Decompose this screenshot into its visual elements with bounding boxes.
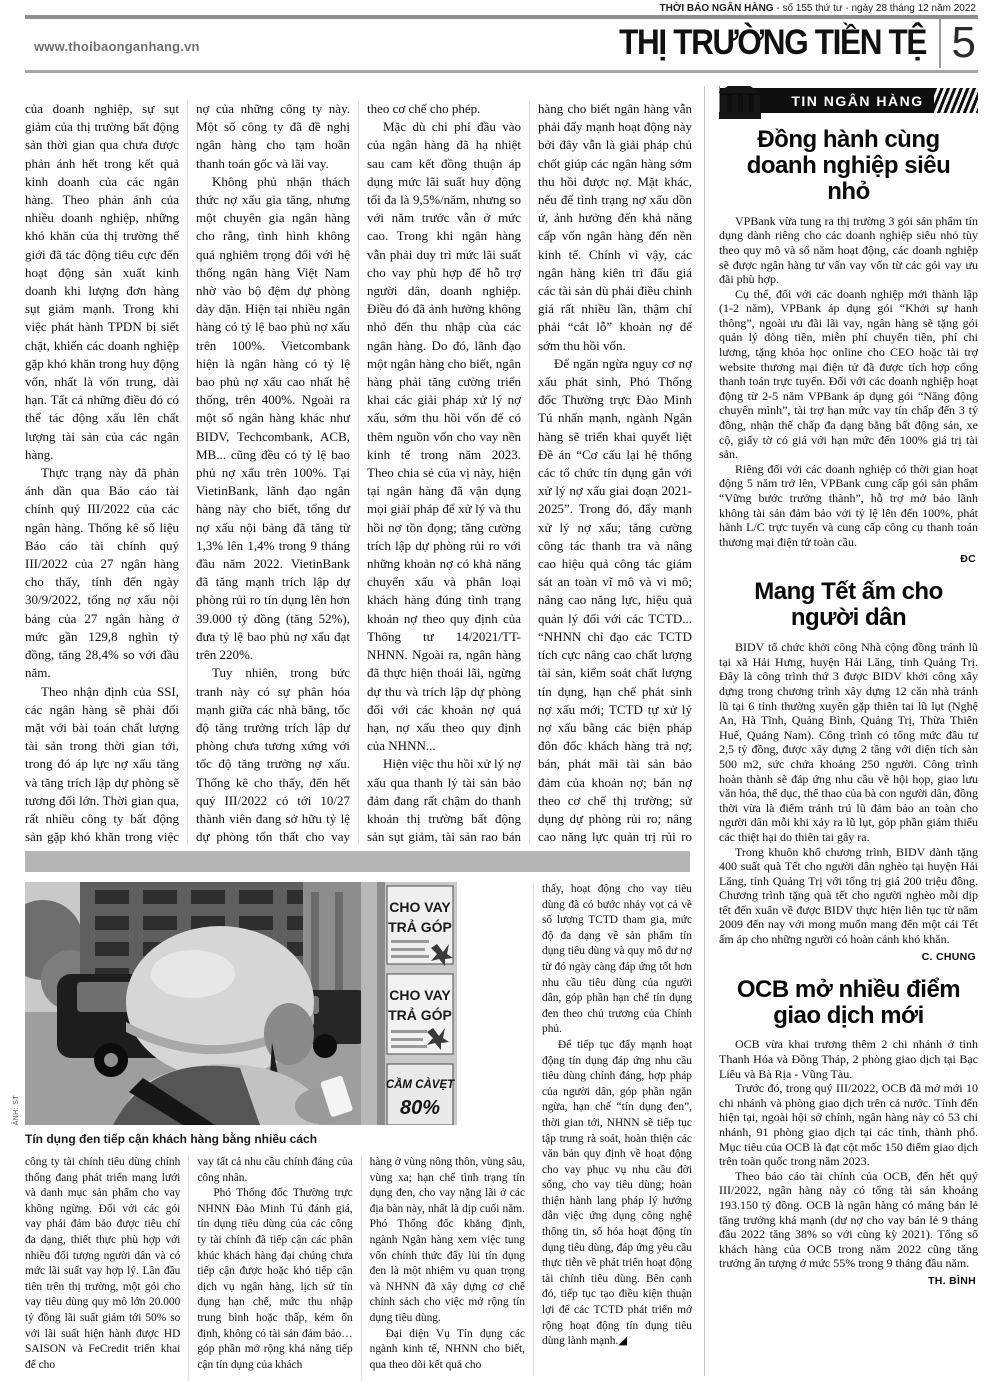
- page-number: 5: [939, 18, 978, 68]
- paragraph: Đại diện Vụ Tín dụng các ngành kinh tế, …: [370, 1327, 525, 1374]
- paragraph: Phó Thống đốc Thường trực NHNN Đào Minh …: [197, 1186, 352, 1373]
- article-title: Mang Tết ấm cho người dân: [723, 579, 974, 631]
- bottom-article-columns: công ty tài chính tiêu dùng chính thống …: [25, 1155, 525, 1381]
- poster-text: CHO VAY: [389, 987, 451, 1003]
- photo-credit: ẢNH: ST: [13, 1095, 20, 1125]
- sidebar-banner: TIN NGÂN HÀNG: [719, 88, 978, 113]
- article-column: vay tất cả nhu cầu chính đáng của công n…: [188, 1155, 360, 1381]
- newspaper-page: THỜI BÁO NGÂN HÀNG - số 155 thứ tư - ngà…: [0, 0, 1000, 1381]
- paragraph: Theo báo cáo tài chính của OCB, đến hết …: [719, 1169, 978, 1271]
- paragraph: của doanh nghiệp, sự sụt giảm của thị tr…: [25, 100, 179, 464]
- vertical-separator: [704, 86, 705, 1376]
- paragraph: Riêng đối với các doanh nghiệp có thời g…: [719, 462, 978, 550]
- poster-text: TRẢ GÓP: [388, 1006, 452, 1023]
- bottom-article-last-column: thấy, hoạt động cho vay tiêu dùng đã có …: [533, 882, 692, 1376]
- poster-text: CHO VAY: [389, 899, 451, 915]
- paragraph: công ty tài chính tiêu dùng chính thống …: [25, 1155, 180, 1373]
- article-column: theo cơ chế cho phép.Mặc dù chi phí đầu …: [358, 100, 529, 845]
- sidebar-article: Mang Tết ấm cho người dânBIDV tổ chức kh…: [719, 579, 978, 962]
- poster-text: CẦM CÀVẸT: [386, 1078, 455, 1091]
- paragraph: Trong khuôn khổ chương trình, BIDV dành …: [719, 845, 978, 947]
- paragraph: Để ngăn ngừa nguy cơ nợ xấu phát sinh, P…: [538, 355, 692, 845]
- paragraph: thấy, hoạt động cho vay tiêu dùng đã có …: [542, 882, 692, 1038]
- paragraph: Thực trạng này đã phản ánh dần qua Báo c…: [25, 464, 179, 682]
- street-photo-illustration: CHO VAY TRẢ GÓP CHO VAY TRẢ GÓP CẦM CÀVẸ…: [25, 882, 457, 1125]
- paragraph: hàng cho biết ngân hàng vẫn phải đẩy mạn…: [538, 100, 692, 355]
- paragraph: OCB vừa khai trương thêm 2 chi nhánh ở t…: [719, 1037, 978, 1081]
- sidebar-article: OCB mở nhiều điểm giao dịch mớiOCB vừa k…: [719, 977, 978, 1287]
- article-photo: CHO VAY TRẢ GÓP CHO VAY TRẢ GÓP CẦM CÀVẸ…: [25, 882, 457, 1125]
- paragraph: Để tiếp tục đẩy mạnh hoạt động tín dụng …: [542, 1038, 692, 1350]
- bottom-article: CHO VAY TRẢ GÓP CHO VAY TRẢ GÓP CẦM CÀVẸ…: [25, 882, 692, 1376]
- sidebar-banner-title: TIN NGÂN HÀNG: [791, 93, 923, 109]
- banner-stripes-decoration: [934, 88, 978, 113]
- lead-article-columns: của doanh nghiệp, sự sụt giảm của thị tr…: [25, 100, 692, 845]
- paragraph: nợ của những công ty này. Một số công ty…: [196, 100, 350, 173]
- page-content: của doanh nghiệp, sự sụt giảm của thị tr…: [25, 86, 978, 1376]
- paragraph: Tuy nhiên, trong bức tranh này có sự phâ…: [196, 664, 350, 845]
- news-sidebar: TIN NGÂN HÀNG Đồng hành cùng doanh nghiệ…: [719, 86, 978, 1376]
- byline: ĐC: [719, 553, 976, 565]
- paragraph: Theo nhận định của SSI, các ngân hàng sẽ…: [25, 683, 179, 846]
- sidebar-article: Đồng hành cùng doanh nghiệp siêu nhỏVPBa…: [719, 127, 978, 565]
- paragraph: Cụ thể, đối với các doanh nghiệp mới thà…: [719, 287, 978, 462]
- photo-caption: Tín dụng đen tiếp cận khách hàng bằng nh…: [25, 1132, 525, 1146]
- article-column: nợ của những công ty này. Một số công ty…: [187, 100, 358, 845]
- paragraph: Mặc dù chi phí đầu vào của ngân hàng đã …: [367, 118, 521, 755]
- header-rule: [25, 70, 978, 73]
- paragraph: hàng ở vùng nông thôn, vùng sâu, vùng xa…: [370, 1155, 525, 1327]
- paragraph: VPBank vừa tung ra thị trường 3 gói sản …: [719, 214, 978, 287]
- byline: TH. BÌNH: [719, 1275, 976, 1287]
- paragraph: Trước đó, trong quý III/2022, OCB đã mở …: [719, 1081, 978, 1169]
- article-column: hàng ở vùng nông thôn, vùng sâu, vùng xa…: [361, 1155, 525, 1381]
- masthead-issue-line: THỜI BÁO NGÂN HÀNG - số 155 thứ tư - ngà…: [659, 3, 976, 14]
- poster-text: 80%: [400, 1097, 440, 1119]
- main-area: của doanh nghiệp, sự sụt giảm của thị tr…: [25, 86, 692, 1376]
- section-divider-bar: [25, 851, 690, 872]
- article-column: công ty tài chính tiêu dùng chính thống …: [25, 1155, 188, 1381]
- bottom-article-left: CHO VAY TRẢ GÓP CHO VAY TRẢ GÓP CẦM CÀVẸ…: [25, 882, 525, 1376]
- paragraph: BIDV tổ chức khởi công Nhà cộng đồng trá…: [719, 640, 978, 844]
- sidebar-articles: Đồng hành cùng doanh nghiệp siêu nhỏVPBa…: [719, 127, 978, 1287]
- poster-text: TRẢ GÓP: [388, 918, 452, 935]
- paragraph: Hiện việc thu hồi xử lý nợ xấu qua thanh…: [367, 755, 521, 845]
- paragraph: theo cơ chế cho phép.: [367, 100, 521, 118]
- paragraph: Không phủ nhận thách thức nợ xấu gia tăn…: [196, 173, 350, 664]
- website-url: www.thoibaonganhang.vn: [34, 39, 200, 54]
- article-column: của doanh nghiệp, sự sụt giảm của thị tr…: [25, 100, 187, 845]
- article-title: OCB mở nhiều điểm giao dịch mới: [723, 977, 974, 1029]
- article-title: Đồng hành cùng doanh nghiệp siêu nhỏ: [723, 127, 974, 205]
- paper-name: THỜI BÁO NGÂN HÀNG: [659, 3, 773, 14]
- paragraph: vay tất cả nhu cầu chính đáng của công n…: [197, 1155, 352, 1186]
- section-title: THỊ TRƯỜNG TIỀN TỆ: [620, 23, 927, 63]
- section-header: THỊ TRƯỜNG TIỀN TỆ 5: [585, 18, 978, 68]
- bank-building-icon: [719, 86, 765, 120]
- article-column: hàng cho biết ngân hàng vẫn phải đẩy mạn…: [529, 100, 692, 845]
- issue-info: - số 155 thứ tư - ngày 28 tháng 12 năm 2…: [774, 3, 976, 14]
- byline: C. CHUNG: [719, 951, 976, 963]
